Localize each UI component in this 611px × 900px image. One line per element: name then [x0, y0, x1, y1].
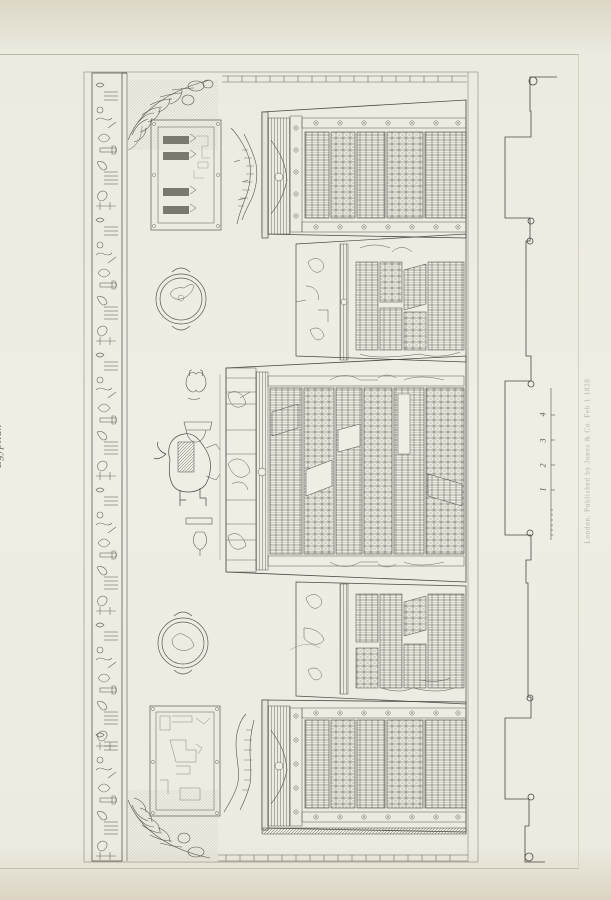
bookcase-lower-side — [290, 582, 466, 704]
plate-caption: Egyptian — [0, 424, 4, 468]
engraving-plate: Egyptian London, Published by Jones & Co… — [0, 0, 611, 900]
bookcase-upper-side — [296, 234, 466, 362]
scale-label-3: 3 — [539, 439, 548, 443]
bookcase-central — [226, 356, 466, 582]
crocodile-upper — [231, 128, 257, 224]
medallion-lower — [158, 612, 208, 674]
crocodile-lower — [224, 714, 254, 812]
scale-label-4: 4 — [539, 413, 548, 417]
medallion-upper — [156, 268, 206, 330]
scale-label-1: 1 — [539, 488, 548, 492]
plan-profile — [505, 77, 557, 862]
apis-bull — [154, 434, 220, 506]
scale-label-2: 2 — [539, 464, 548, 468]
scale-bar — [551, 388, 555, 540]
jug-emblem — [186, 370, 206, 400]
altar-emblem — [186, 518, 212, 556]
bookcase-lower-end — [262, 700, 466, 834]
bookcase-upper-end — [262, 100, 466, 238]
elevation-drawing — [0, 0, 611, 900]
publisher-imprint: London, Published by Jones & Co. Feb 1 1… — [584, 378, 592, 543]
hieroglyphic-frieze — [92, 73, 127, 861]
palm-shading-bottom — [128, 790, 218, 860]
